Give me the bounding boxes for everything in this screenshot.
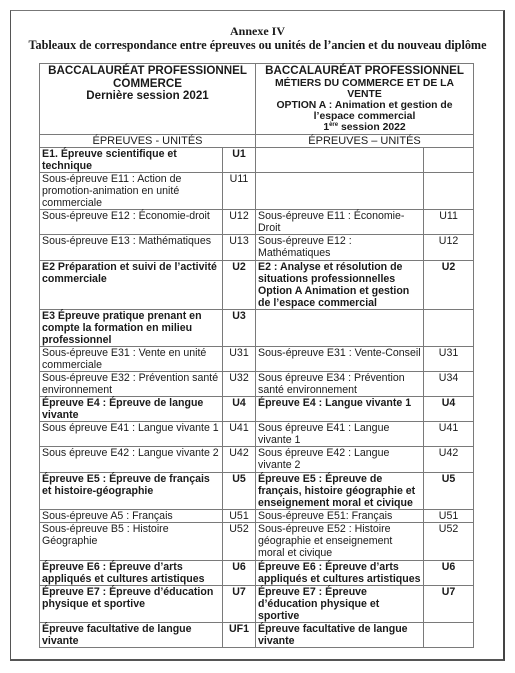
old-epreuve-cell: E3 Épreuve pratique prenant en compte la… [40, 309, 223, 346]
correspondence-table: BACCALAURÉAT PROFESSIONNEL COMMERCE Dern… [39, 63, 474, 648]
old-epreuve-cell: Épreuve E7 : Épreuve d’éducation physiqu… [40, 585, 223, 622]
old-unit-cell: U4 [223, 396, 256, 421]
table-row: Sous-épreuve E32 : Prévention santé envi… [40, 371, 474, 396]
old-subheader: ÉPREUVES - UNITÉS [40, 134, 256, 147]
table-row: Épreuve facultative de langue vivanteUF1… [40, 622, 474, 647]
table-row: Sous épreuve E41 : Langue vivante 1U41So… [40, 421, 474, 446]
new-epreuve-cell: Sous-épreuve E12 : Mathématiques [256, 234, 424, 260]
old-unit-cell: U6 [223, 560, 256, 585]
old-unit-cell: U13 [223, 234, 256, 260]
session-year: session 2022 [338, 122, 406, 133]
old-epreuve-cell: Épreuve E5 : Épreuve de français et hist… [40, 472, 223, 509]
old-epreuve-cell: Sous-épreuve B5 : Histoire Géographie [40, 522, 223, 560]
table-row: Sous-épreuve E11 : Action de promotion-a… [40, 172, 474, 209]
old-epreuve-cell: Sous épreuve E42 : Langue vivante 2 [40, 446, 223, 472]
new-unit-cell: U31 [424, 346, 474, 371]
old-epreuve-cell: Sous-épreuve E32 : Prévention santé envi… [40, 371, 223, 396]
old-unit-cell: U41 [223, 421, 256, 446]
new-unit-cell: U4 [424, 396, 474, 421]
new-diploma-line2: MÉTIERS DU COMMERCE ET DE LA VENTE [258, 78, 471, 100]
new-unit-cell: U34 [424, 371, 474, 396]
old-epreuve-cell: Sous-épreuve E11 : Action de promotion-a… [40, 172, 223, 209]
table-row: Sous-épreuve B5 : Histoire GéographieU52… [40, 522, 474, 560]
old-epreuve-cell: Sous-épreuve A5 : Français [40, 509, 223, 522]
old-diploma-line1: BACCALAURÉAT PROFESSIONNEL [42, 65, 253, 78]
old-epreuve-cell: Sous épreuve E41 : Langue vivante 1 [40, 421, 223, 446]
new-epreuve-cell: E2 : Analyse et résolution de situations… [256, 260, 424, 309]
old-epreuve-cell: Sous-épreuve E31 : Vente en unité commer… [40, 346, 223, 371]
old-unit-cell: U51 [223, 509, 256, 522]
new-epreuve-cell [256, 172, 424, 209]
annex-subtitle: Tableaux de correspondance entre épreuve… [0, 38, 515, 52]
new-unit-cell [424, 147, 474, 172]
old-unit-cell: U42 [223, 446, 256, 472]
new-diploma-line1: BACCALAURÉAT PROFESSIONNEL [258, 65, 471, 78]
new-epreuve-cell [256, 309, 424, 346]
table-header-row: BACCALAURÉAT PROFESSIONNEL COMMERCE Dern… [40, 64, 474, 135]
old-unit-cell: U32 [223, 371, 256, 396]
table-row: Épreuve E4 : Épreuve de langue vivanteU4… [40, 396, 474, 421]
new-epreuve-cell: Épreuve facultative de langue vivante [256, 622, 424, 647]
old-epreuve-cell: Épreuve E6 : Épreuve d’arts appliqués et… [40, 560, 223, 585]
table-row: Sous épreuve E42 : Langue vivante 2U42So… [40, 446, 474, 472]
new-epreuve-cell: Épreuve E4 : Langue vivante 1 [256, 396, 424, 421]
table-row: Épreuve E7 : Épreuve d’éducation physiqu… [40, 585, 474, 622]
new-epreuve-cell: Sous épreuve E34 : Prévention santé envi… [256, 371, 424, 396]
new-epreuve-cell: Sous épreuve E42 : Langue vivante 2 [256, 446, 424, 472]
old-unit-cell: UF1 [223, 622, 256, 647]
old-diploma-session: Dernière session 2021 [42, 90, 253, 103]
new-epreuve-cell: Épreuve E5 : Épreuve de français, histoi… [256, 472, 424, 509]
old-epreuve-cell: E1. Épreuve scientifique et technique [40, 147, 223, 172]
old-epreuve-cell: Sous-épreuve E13 : Mathématiques [40, 234, 223, 260]
old-epreuve-cell: E2 Préparation et suivi de l’activité co… [40, 260, 223, 309]
old-unit-cell: U11 [223, 172, 256, 209]
old-unit-cell: U1 [223, 147, 256, 172]
new-epreuve-cell: Sous-épreuve E52 : Histoire géographie e… [256, 522, 424, 560]
old-unit-cell: U31 [223, 346, 256, 371]
new-diploma-header: BACCALAURÉAT PROFESSIONNEL MÉTIERS DU CO… [256, 64, 474, 135]
new-epreuve-cell [256, 147, 424, 172]
old-diploma-header: BACCALAURÉAT PROFESSIONNEL COMMERCE Dern… [40, 64, 256, 135]
new-unit-cell: U7 [424, 585, 474, 622]
table-row: E1. Épreuve scientifique et techniqueU1 [40, 147, 474, 172]
new-unit-cell: U42 [424, 446, 474, 472]
new-diploma-session: 1ère session 2022 [258, 122, 471, 133]
old-unit-cell: U12 [223, 209, 256, 234]
new-unit-cell: U2 [424, 260, 474, 309]
new-unit-cell [424, 309, 474, 346]
table-row: Sous-épreuve E31 : Vente en unité commer… [40, 346, 474, 371]
new-epreuve-cell: Sous-épreuve E11 : Économie-Droit [256, 209, 424, 234]
old-unit-cell: U7 [223, 585, 256, 622]
new-unit-cell: U6 [424, 560, 474, 585]
new-diploma-option: OPTION A : Animation et gestion de l’esp… [258, 100, 471, 122]
new-unit-cell: U41 [424, 421, 474, 446]
old-unit-cell: U5 [223, 472, 256, 509]
old-epreuve-cell: Sous-épreuve E12 : Économie-droit [40, 209, 223, 234]
old-epreuve-cell: Épreuve facultative de langue vivante [40, 622, 223, 647]
new-unit-cell: U52 [424, 522, 474, 560]
new-subheader: ÉPREUVES – UNITÉS [256, 134, 474, 147]
new-epreuve-cell: Sous-épreuve E31 : Vente-Conseil [256, 346, 424, 371]
new-epreuve-cell: Sous épreuve E41 : Langue vivante 1 [256, 421, 424, 446]
table-row: E3 Épreuve pratique prenant en compte la… [40, 309, 474, 346]
old-unit-cell: U52 [223, 522, 256, 560]
session-ordinal-suffix: ère [329, 122, 338, 128]
table-row: E2 Préparation et suivi de l’activité co… [40, 260, 474, 309]
table-row: Sous-épreuve A5 : FrançaisU51Sous-épreuv… [40, 509, 474, 522]
table-row: Sous-épreuve E13 : MathématiquesU13Sous-… [40, 234, 474, 260]
table-row: Sous-épreuve E12 : Économie-droitU12Sous… [40, 209, 474, 234]
new-unit-cell: U5 [424, 472, 474, 509]
new-epreuve-cell: Épreuve E7 : Épreuve d’éducation physiqu… [256, 585, 424, 622]
new-unit-cell [424, 622, 474, 647]
new-unit-cell: U12 [424, 234, 474, 260]
table-row: Épreuve E5 : Épreuve de français et hist… [40, 472, 474, 509]
old-epreuve-cell: Épreuve E4 : Épreuve de langue vivante [40, 396, 223, 421]
old-unit-cell: U2 [223, 260, 256, 309]
document-heading: Annexe IV Tableaux de correspondance ent… [0, 24, 515, 52]
old-unit-cell: U3 [223, 309, 256, 346]
table-row: Épreuve E6 : Épreuve d’arts appliqués et… [40, 560, 474, 585]
new-epreuve-cell: Sous-épreuve E51: Français [256, 509, 424, 522]
annex-title: Annexe IV [0, 24, 515, 38]
new-unit-cell: U51 [424, 509, 474, 522]
new-unit-cell: U11 [424, 209, 474, 234]
table-subheader-row: ÉPREUVES - UNITÉS ÉPREUVES – UNITÉS [40, 134, 474, 147]
new-unit-cell [424, 172, 474, 209]
new-epreuve-cell: Épreuve E6 : Épreuve d’arts appliqués et… [256, 560, 424, 585]
